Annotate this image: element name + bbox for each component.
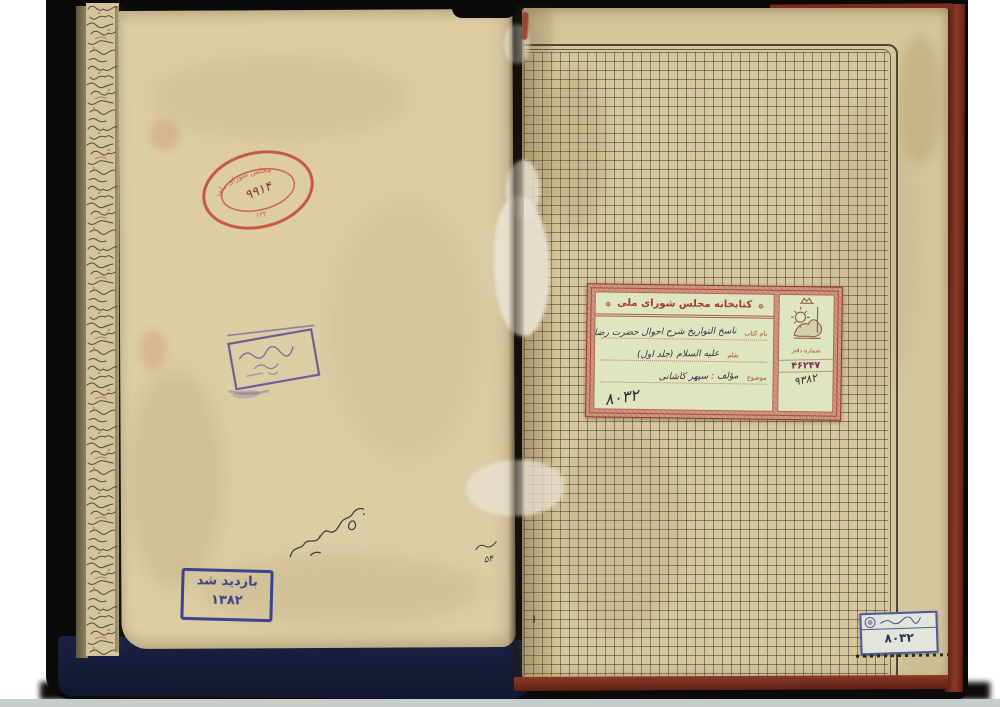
register-label: شماره دفتر <box>792 347 821 354</box>
lion-and-sun-emblem-icon <box>788 295 825 343</box>
seal-icon <box>864 616 875 627</box>
rosette-icon: ۞ <box>759 301 764 310</box>
scanner-tray-bar <box>0 699 1000 707</box>
library-bookplate: شماره دفتر ۴۶۲۴۷ ۹۳۸۲ ۞ کتابخانه مجلس شو… <box>585 283 843 421</box>
shelf-number-handwritten: ۸۰۳۲ <box>603 385 640 409</box>
bookplate-field-row: نام کتاب ناسخ التواریخ شرح احوال حضرت رض… <box>601 318 767 340</box>
maroon-cover-bottom-edge <box>514 675 948 691</box>
inspection-stamp-text: بازدید شد <box>184 571 270 593</box>
book-scan: مجلس شورای ملی ۱۳۲ ۹۹۱۴ بازدید شد <box>0 0 1000 707</box>
field-label-subject: موضوع <box>747 373 767 381</box>
bookplate-text-panel: ۞ کتابخانه مجلس شورای ملی ۞ نام کتاب ناس… <box>593 291 775 412</box>
page-number: ۱ <box>530 612 537 626</box>
sticker-handwriting <box>878 616 922 627</box>
pencil-squiggle <box>473 539 500 553</box>
registry-sticker: ۸۰۳۲ <box>859 611 938 656</box>
stamp-handwritten-number: ۹۹۱۴ <box>243 179 275 204</box>
field-value-author: مؤلف : سپهر کاشانی <box>659 371 739 382</box>
register-number-written: ۹۳۸۲ <box>793 371 819 388</box>
bookplate-field-row: بقلم علیه السلام (جلد اول) <box>601 340 767 362</box>
sticker-number: ۸۰۳۲ <box>862 628 937 650</box>
inspection-stamp-year: ۱۳۸۲ <box>184 591 270 611</box>
purple-rect-stamp <box>221 318 334 405</box>
bookplate-title: کتابخانه مجلس شورای ملی <box>617 298 752 311</box>
register-number-stamped: ۴۶۲۴۷ <box>779 359 833 373</box>
bookplate-emblem-panel: شماره دفتر ۴۶۲۴۷ ۹۳۸۲ <box>777 294 835 413</box>
field-value-title-cont: علیه السلام (جلد اول) <box>637 349 719 360</box>
field-label-book-name: نام کتاب <box>744 329 767 337</box>
gutter-top-notch <box>452 6 516 18</box>
gutter-pencil-note: ۵۴ <box>468 533 507 567</box>
rosette-icon: ۞ <box>606 298 611 307</box>
field-label-author: بقلم <box>727 351 739 359</box>
bookplate-title-row: ۞ کتابخانه مجلس شورای ملی ۞ <box>595 292 773 318</box>
bookplate-field-row: موضوع مؤلف : سپهر کاشانی <box>601 362 767 384</box>
field-value-book-name: ناسخ التواریخ شرح احوال حضرت رضا <box>594 326 736 338</box>
inspection-stamp: بازدید شد ۱۳۸۲ <box>180 568 273 622</box>
marginalia-handwriting <box>85 3 119 656</box>
gutter-shadow <box>508 6 524 678</box>
